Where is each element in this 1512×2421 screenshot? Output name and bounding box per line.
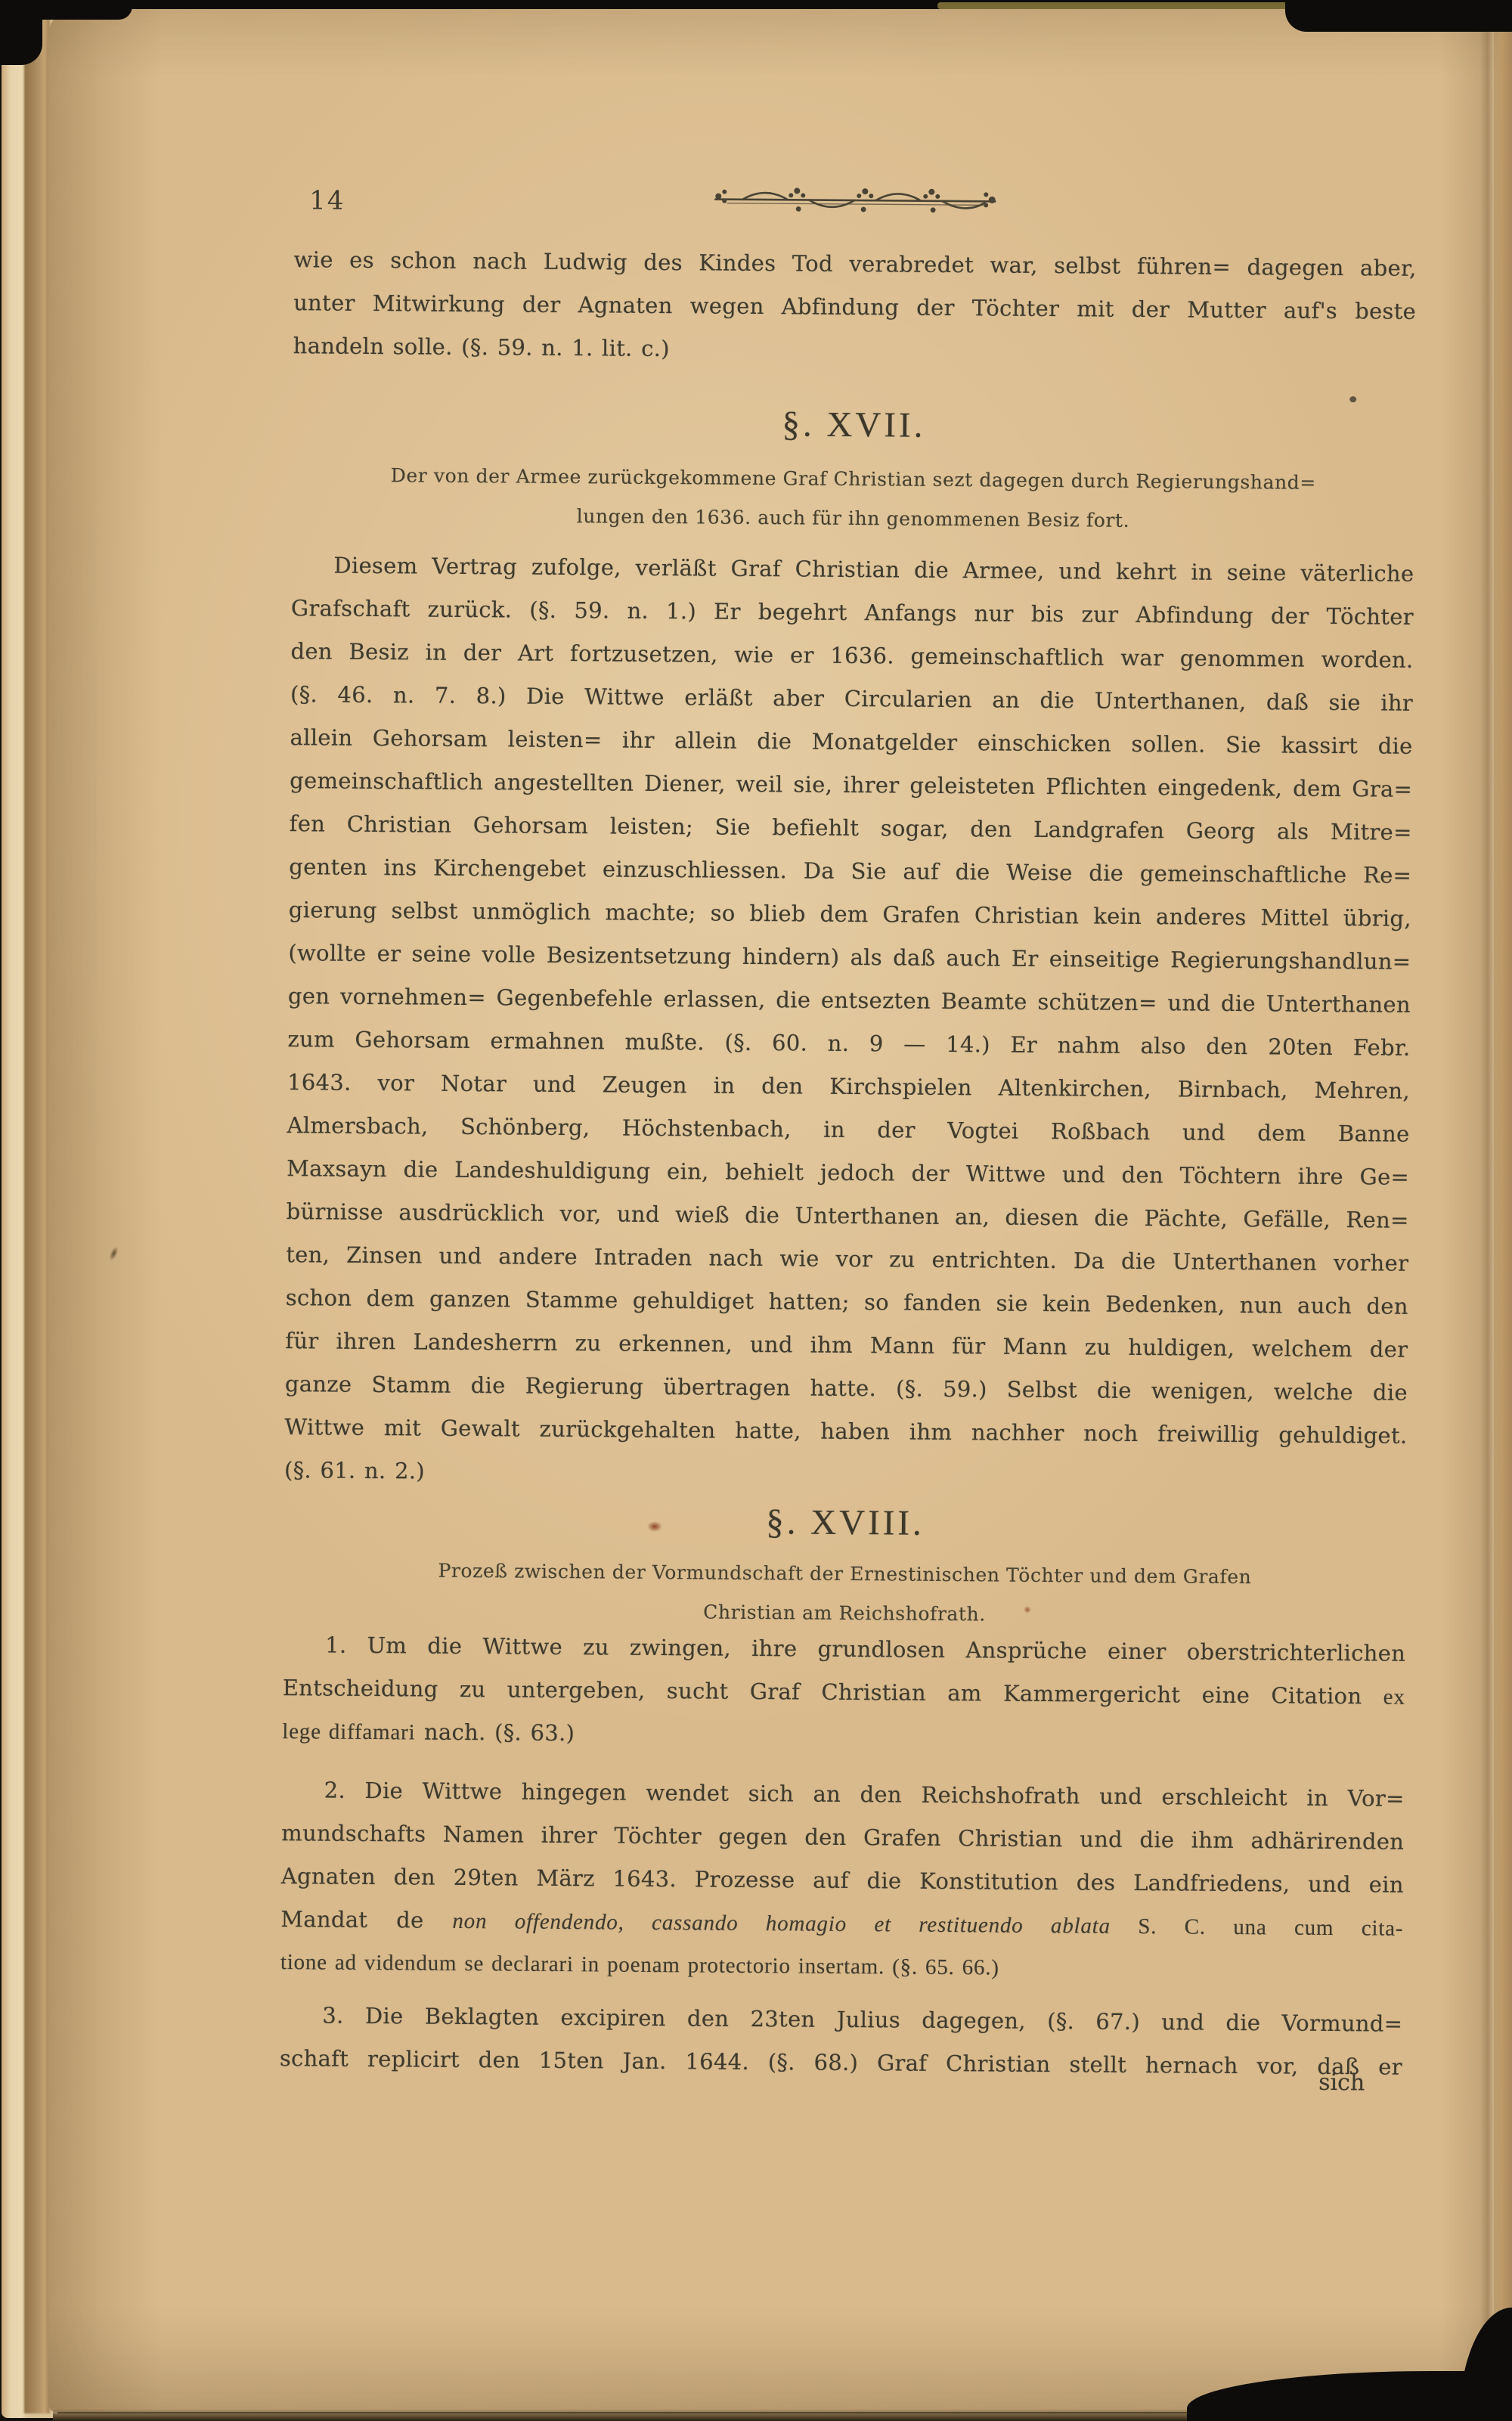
- latin-fragment: lege diffamari: [282, 1719, 415, 1744]
- text-line: schaft replicirt den 15ten Jan. 1644. (§…: [280, 2037, 1402, 2089]
- text-line: tione ad videndum se declarari in poenam…: [280, 1941, 1403, 1993]
- intro-paragraph: wie es schon nach Ludwig des Kindes Tod …: [293, 238, 1416, 377]
- text-fragment: Mandat de: [280, 1906, 452, 1933]
- section-18-subheading-line: Christian am Reichshofrath.: [283, 1598, 1405, 1629]
- latin-italic-fragment: non offendendo, cassando homagio et rest…: [452, 1909, 1111, 1939]
- latin-fragment: ex: [1383, 1685, 1405, 1710]
- text-line: lege diffamari nach. (§. 63.): [282, 1710, 1405, 1762]
- text-fragment: Entscheidung zu untergeben, sucht Graf C…: [283, 1675, 1383, 1709]
- page-top-edge-sliver: [937, 2, 1315, 9]
- page-content: 14 wie es schon na: [0, 0, 1512, 2421]
- section-18-subheading-line: Prozeß zwischen der Vormundschaft der Er…: [283, 1558, 1406, 1589]
- section-17-heading: §. XVII.: [293, 400, 1415, 450]
- section-18-heading: §. XVIII.: [283, 1498, 1406, 1548]
- text-line: handeln solle. (§. 59. n. 1. lit. c.): [293, 324, 1415, 377]
- text-line: Wittwe mit Gewalt zurückgehalten hatte, …: [284, 1406, 1407, 1458]
- page-number: 14: [309, 185, 345, 215]
- text-fragment: nach. (§. 63.): [415, 1719, 575, 1746]
- scan-corner-top-right: [1285, 0, 1512, 32]
- scan-corner-top-left-2: [0, 0, 42, 65]
- section-18-paragraph-2: 2. Die Wittwe hingegen wendet sich an de…: [280, 1768, 1405, 1993]
- section-17-subheading-line: lungen den 1636. auch für ihn genommenen…: [292, 503, 1414, 534]
- floral-rule-ornament: [708, 181, 1002, 218]
- latin-fragment: S. C. una cum cita-: [1111, 1914, 1404, 1941]
- text-line: (§. 61. n. 2.): [284, 1449, 1407, 1501]
- section-18-paragraph-3: 3. Die Beklagten excipiren den 23ten Jul…: [280, 1994, 1403, 2089]
- book-scan: 14 wie es schon na: [0, 0, 1512, 2421]
- catchword: sich: [1277, 2060, 1405, 2104]
- section-18-paragraph-1: 1. Um die Wittwe zu zwingen, ihre grundl…: [282, 1623, 1405, 1762]
- section-17-body: Diesem Vertrag zufolge, verläßt Graf Chr…: [284, 544, 1414, 1501]
- ink-dot: [1349, 396, 1356, 402]
- section-17-subheading-line: Der von der Armee zurückgekommene Graf C…: [292, 463, 1414, 494]
